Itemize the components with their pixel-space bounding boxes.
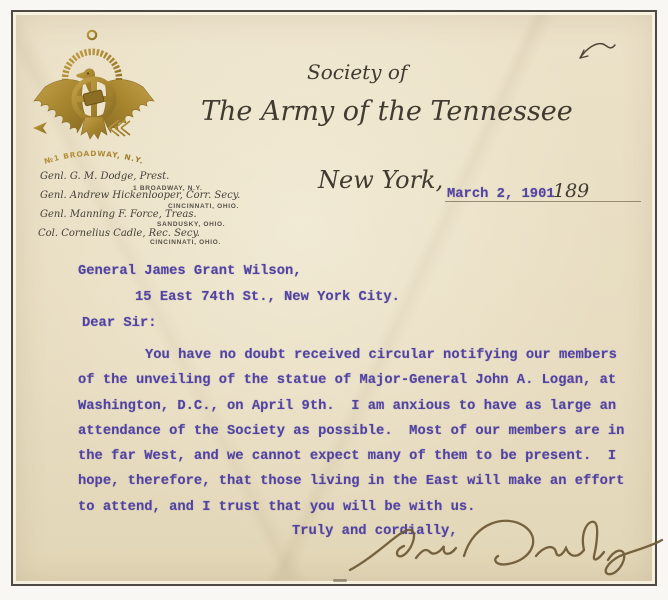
officer-name: Genl. Andrew Hickenlooper, Corr. Secy. <box>40 190 240 201</box>
society-eagle-emblem-icon: №1 BROADWAY, N.Y. <box>31 27 161 177</box>
scanned-letter: №1 BROADWAY, N.Y. Genl. G. M. Dodge, Pre… <box>0 0 668 600</box>
pen-check-mark-icon <box>576 35 620 65</box>
letter-paper: №1 BROADWAY, N.Y. Genl. G. M. Dodge, Pre… <box>11 10 657 586</box>
society-of-heading: Society of <box>307 60 407 84</box>
recipient-address: 15 East 74th St., New York City. <box>135 290 400 305</box>
letter-body: You have no doubt received circular noti… <box>78 343 638 520</box>
hanger-ring-icon <box>88 31 96 47</box>
signature-gm-dodge <box>346 512 666 592</box>
salutation: Dear Sir: <box>82 316 157 331</box>
organization-title: The Army of the Tennessee <box>201 96 573 127</box>
officer-name: Genl. G. M. Dodge, Prest. <box>40 171 169 182</box>
dateline-place: New York, <box>318 166 443 194</box>
body-line: the far West, and we cannot expect many … <box>78 444 638 469</box>
recipient-name: General James Grant Wilson, <box>78 264 302 279</box>
body-line: attendance of the Society as possible. M… <box>78 419 638 444</box>
printed-year-prefix: 189 <box>553 180 589 202</box>
emblem-caption: №1 BROADWAY, N.Y. <box>43 149 145 166</box>
officer-name: Col. Cornelius Cadle, Rec. Secy. <box>38 228 200 239</box>
officer-location: CINCINNATI, OHIO. <box>150 239 221 246</box>
badge-ring-icon <box>74 79 114 119</box>
body-line: of the unveiling of the statue of Major-… <box>78 368 638 393</box>
body-line: hope, therefore, that those living in th… <box>78 469 638 494</box>
typed-date: March 2, 1901 <box>447 187 555 202</box>
body-line: Washington, D.C., on April 9th. I am anx… <box>78 394 638 419</box>
ink-smudge <box>333 579 347 582</box>
body-line: You have no doubt received circular noti… <box>78 343 638 368</box>
officer-name: Genl. Manning F. Force, Treas. <box>40 209 197 220</box>
officer-location: SANDUSKY, OHIO. <box>157 221 225 228</box>
